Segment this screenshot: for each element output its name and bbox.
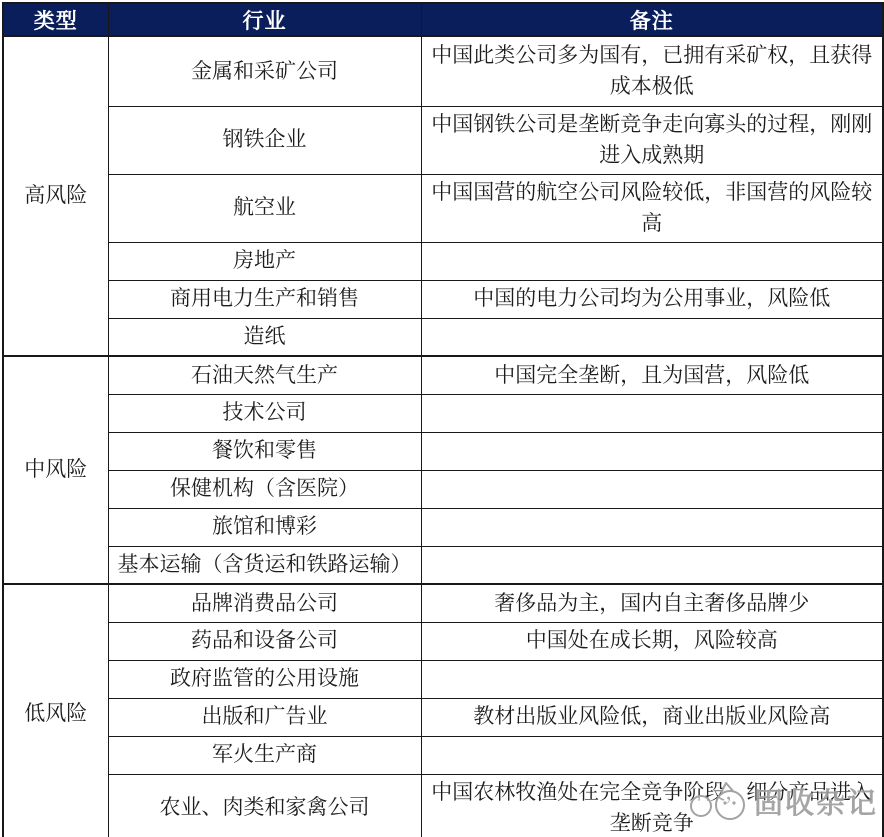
note-cell: 教材出版业风险低，商业出版业风险高 bbox=[421, 698, 883, 736]
industry-cell: 旅馆和博彩 bbox=[108, 508, 421, 546]
table-row: 农业、肉类和家禽公司 中国农林牧渔处在完全竞争阶段，细分产品进入垄断竞争 bbox=[3, 774, 883, 837]
industry-cell: 技术公司 bbox=[108, 394, 421, 432]
table-row: 钢铁企业 中国钢铁公司是垄断竞争走向寡头的过程，刚刚进入成熟期 bbox=[3, 106, 883, 174]
industry-cell: 造纸 bbox=[108, 318, 421, 356]
industry-cell: 基本运输（含货运和铁路运输） bbox=[108, 546, 421, 584]
page: 类型 行业 备注 高风险 金属和采矿公司 中国此类公司多为国有，已拥有采矿权，且… bbox=[0, 0, 884, 837]
note-cell bbox=[421, 470, 883, 508]
industry-cell: 石油天然气生产 bbox=[108, 356, 421, 394]
table-header: 类型 行业 备注 bbox=[3, 3, 883, 36]
industry-cell: 航空业 bbox=[108, 174, 421, 242]
note-cell bbox=[421, 546, 883, 584]
table-row: 政府监管的公用设施 bbox=[3, 660, 883, 698]
table-row: 中风险 石油天然气生产 中国完全垄断，且为国营，风险低 bbox=[3, 356, 883, 394]
note-cell: 中国钢铁公司是垄断竞争走向寡头的过程，刚刚进入成熟期 bbox=[421, 106, 883, 174]
table-row: 出版和广告业 教材出版业风险低，商业出版业风险高 bbox=[3, 698, 883, 736]
industry-cell: 餐饮和零售 bbox=[108, 432, 421, 470]
table-row: 航空业 中国国营的航空公司风险较低，非国营的风险较高 bbox=[3, 174, 883, 242]
table-row: 房地产 bbox=[3, 242, 883, 280]
table-row: 造纸 bbox=[3, 318, 883, 356]
risk-type-cell-high: 高风险 bbox=[3, 36, 108, 356]
note-cell bbox=[421, 394, 883, 432]
note-cell: 中国完全垄断，且为国营，风险低 bbox=[421, 356, 883, 394]
industry-cell: 品牌消费品公司 bbox=[108, 584, 421, 622]
note-cell bbox=[421, 242, 883, 280]
header-note: 备注 bbox=[421, 3, 883, 36]
note-cell bbox=[421, 432, 883, 470]
industry-cell: 金属和采矿公司 bbox=[108, 36, 421, 106]
note-cell bbox=[421, 736, 883, 774]
header-type: 类型 bbox=[3, 3, 108, 36]
table-row: 基本运输（含货运和铁路运输） bbox=[3, 546, 883, 584]
note-cell: 奢侈品为主，国内自主奢侈品牌少 bbox=[421, 584, 883, 622]
note-cell: 中国的电力公司均为公用事业，风险低 bbox=[421, 280, 883, 318]
industry-cell: 保健机构（含医院） bbox=[108, 470, 421, 508]
note-cell: 中国国营的航空公司风险较低，非国营的风险较高 bbox=[421, 174, 883, 242]
industry-cell: 军火生产商 bbox=[108, 736, 421, 774]
risk-type-cell-medium: 中风险 bbox=[3, 356, 108, 584]
table-row: 低风险 品牌消费品公司 奢侈品为主，国内自主奢侈品牌少 bbox=[3, 584, 883, 622]
risk-classification-table: 类型 行业 备注 高风险 金属和采矿公司 中国此类公司多为国有，已拥有采矿权，且… bbox=[2, 2, 884, 837]
table-row: 军火生产商 bbox=[3, 736, 883, 774]
risk-type-cell-low: 低风险 bbox=[3, 584, 108, 837]
industry-cell: 房地产 bbox=[108, 242, 421, 280]
table-row: 技术公司 bbox=[3, 394, 883, 432]
industry-cell: 商用电力生产和销售 bbox=[108, 280, 421, 318]
note-cell: 中国此类公司多为国有，已拥有采矿权，且获得成本极低 bbox=[421, 36, 883, 106]
table-row: 旅馆和博彩 bbox=[3, 508, 883, 546]
table-row: 保健机构（含医院） bbox=[3, 470, 883, 508]
industry-cell: 农业、肉类和家禽公司 bbox=[108, 774, 421, 837]
industry-cell: 药品和设备公司 bbox=[108, 622, 421, 660]
table-row: 药品和设备公司 中国处在成长期，风险较高 bbox=[3, 622, 883, 660]
header-industry: 行业 bbox=[108, 3, 421, 36]
note-cell: 中国农林牧渔处在完全竞争阶段，细分产品进入垄断竞争 bbox=[421, 774, 883, 837]
header-row: 类型 行业 备注 bbox=[3, 3, 883, 36]
table-row: 高风险 金属和采矿公司 中国此类公司多为国有，已拥有采矿权，且获得成本极低 bbox=[3, 36, 883, 106]
note-cell bbox=[421, 508, 883, 546]
note-cell bbox=[421, 660, 883, 698]
note-cell: 中国处在成长期，风险较高 bbox=[421, 622, 883, 660]
table-row: 餐饮和零售 bbox=[3, 432, 883, 470]
note-cell bbox=[421, 318, 883, 356]
industry-cell: 出版和广告业 bbox=[108, 698, 421, 736]
industry-cell: 钢铁企业 bbox=[108, 106, 421, 174]
table-row: 商用电力生产和销售 中国的电力公司均为公用事业，风险低 bbox=[3, 280, 883, 318]
industry-cell: 政府监管的公用设施 bbox=[108, 660, 421, 698]
